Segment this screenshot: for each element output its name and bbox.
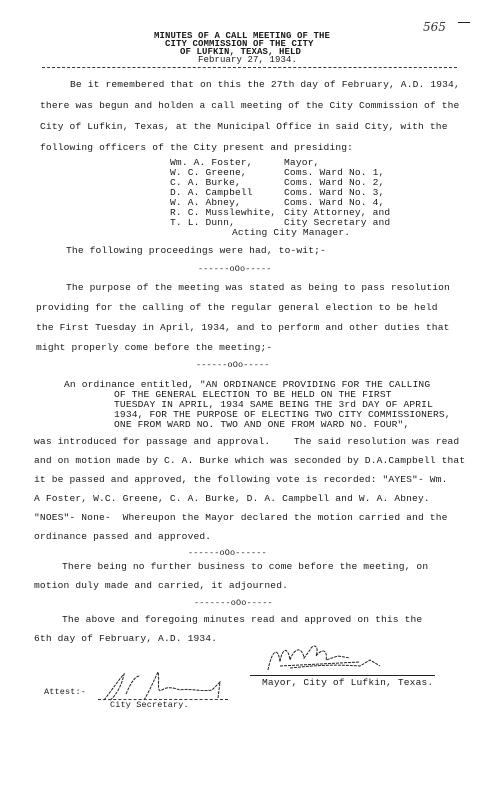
purpose-line-1: The purpose of the meeting was stated as… [66,282,450,293]
document-page: 565 MINUTES OF A CALL MEETING OF THE CIT… [0,0,486,800]
motion-line-4: A Foster, W.C. Greene, C. A. Burke, D. A… [34,493,430,504]
section-separator: ------oOo----- [198,264,272,275]
mayor-caption: Mayor, City of Lufkin, Texas. [262,677,433,688]
purpose-line-2: providing for the calling of the regular… [36,302,438,313]
approval-line-2: 6th day of February, A.D. 1934. [34,633,217,644]
header-divider [42,67,457,68]
mayor-signature-line [250,675,435,676]
purpose-line-3: the First Tuesday in April, 1934, and to… [36,322,450,333]
intro-line-4: following officers of the City present a… [40,142,353,153]
page-number: 565 [423,20,446,34]
officer-title-continuation: Acting City Manager. [232,227,350,238]
attest-label: Attest:- [44,687,86,698]
adjourn-line-2: motion duly made and carried, it adjourn… [34,580,288,591]
header-date: February 27, 1934. [198,56,297,65]
motion-line-1: was introduced for passage and approval.… [34,436,459,447]
motion-line-6: ordinance passed and approved. [34,531,211,542]
motion-line-2: and on motion made by C. A. Burke which … [34,455,465,466]
adjourn-line-1: There being no further business to come … [62,561,428,572]
section-separator: ------oOo------ [188,548,267,559]
motion-line-3: it be passed and approved, the following… [34,474,448,485]
section-separator: -------oOo----- [194,598,273,609]
section-separator: ------oOo----- [196,360,270,371]
intro-line-3: City of Lufkin, Texas, at the Municipal … [40,121,448,132]
purpose-line-4: might properly come before the meeting;- [36,342,272,353]
motion-line-5: "NOES"- None- Whereupon the Mayor declar… [34,512,448,523]
secretary-caption: City Secretary. [110,700,189,711]
officer-name: T. L. Dunn, [170,217,235,228]
page-number-rule [458,22,470,23]
approval-line-1: The above and foregoing minutes read and… [62,614,422,625]
intro-line-2: there was begun and holden a call meetin… [40,100,459,111]
intro-line-1: Be it remembered that on this the 27th d… [70,79,460,90]
proceedings-intro: The following proceedings were had, to-w… [66,245,326,256]
mayor-signature-icon [250,640,400,680]
ordinance-line-5: ONE FROM WARD NO. TWO AND ONE FROM WARD … [114,419,409,430]
